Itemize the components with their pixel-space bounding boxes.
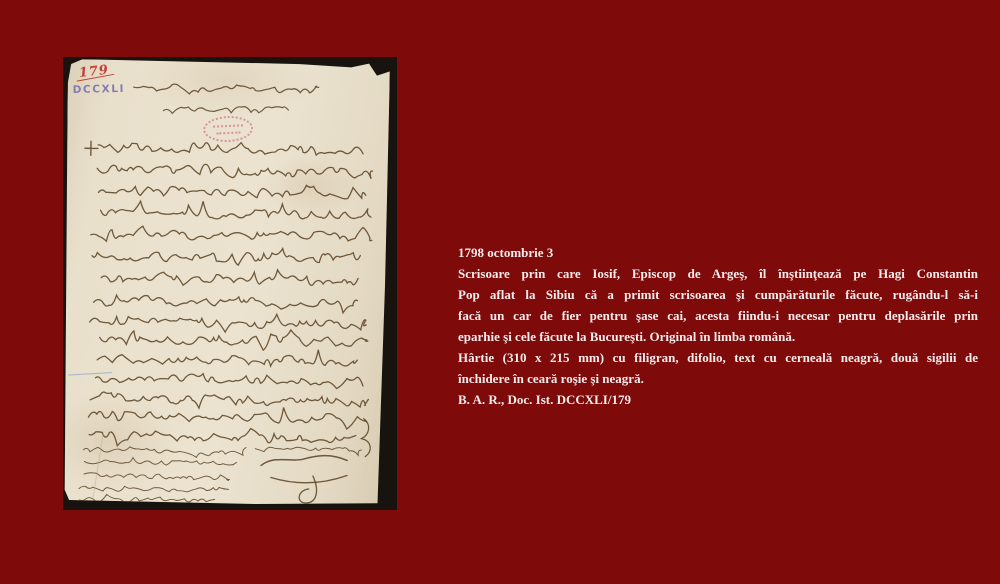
record-reference: B. A. R., Doc. Ist. DCCXLI/179: [458, 389, 978, 410]
description-line: Hârtie (310 x 215 mm) cu filigran, difol…: [458, 347, 978, 368]
manuscript-photo: 179 DCCXLI: [63, 57, 397, 510]
blue-catalog-number: DCCXLI: [73, 83, 126, 96]
description-line: Scrisoare prin care Iosif, Episcop de Ar…: [458, 263, 978, 284]
record-date: 1798 octombrie 3: [458, 242, 978, 263]
description-line: Pop aflat la Sibiu că a primit scrisoare…: [458, 284, 978, 305]
manuscript-page: 179 DCCXLI: [63, 59, 390, 507]
description-line: eparhie şi cele făcute la Bucureşti. Ori…: [458, 326, 978, 347]
description-line: facă un car de fier pentru şase cai, ace…: [458, 305, 978, 326]
description-line: închidere în ceară roşie şi neagră.: [458, 368, 978, 389]
record-description: 1798 octombrie 3 Scrisoare prin care Ios…: [458, 242, 978, 410]
